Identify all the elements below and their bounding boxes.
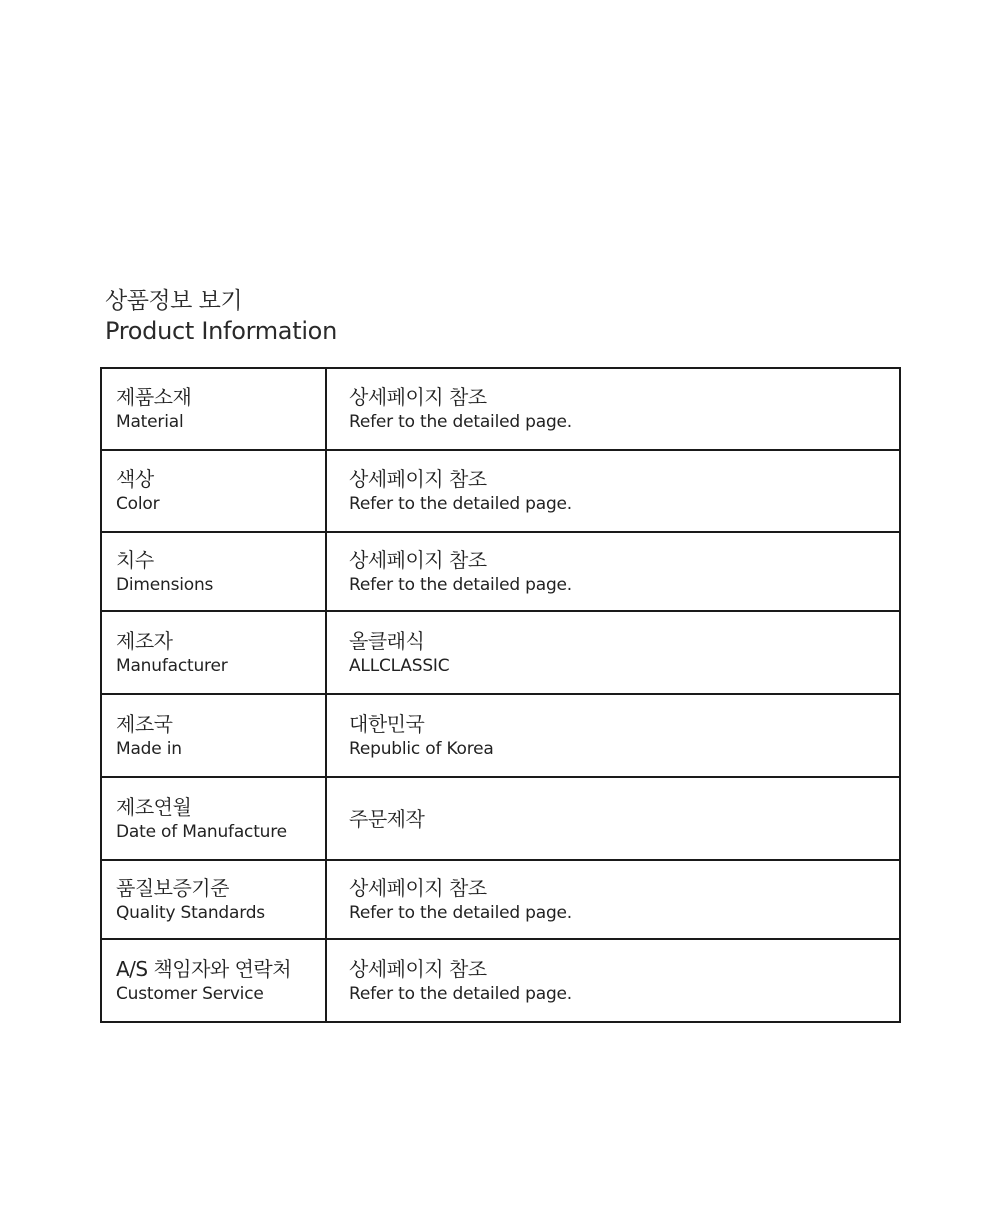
label-english: Manufacturer [116,654,325,678]
product-info-table-body: 제품소재Material상세페이지 참조Refer to the detaile… [101,368,900,1022]
table-row: 제조국Made in대한민국Republic of Korea [101,694,900,777]
label-cell: 제조자Manufacturer [101,611,326,694]
label-korean: 제조자 [116,628,325,654]
table-row: 제품소재Material상세페이지 참조Refer to the detaile… [101,368,900,450]
label-english: Quality Standards [116,901,325,925]
label-cell: 색상Color [101,450,326,532]
value-korean: 상세페이지 참조 [349,466,899,492]
label-english: Made in [116,737,325,761]
label-english: Material [116,410,325,434]
value-english: Refer to the detailed page. [349,492,899,516]
label-korean: 제품소재 [116,384,325,410]
label-cell: 제조연월Date of Manufacture [101,777,326,860]
value-cell: 상세페이지 참조Refer to the detailed page. [326,532,900,611]
table-row: 품질보증기준Quality Standards상세페이지 참조Refer to … [101,860,900,939]
value-cell: 상세페이지 참조Refer to the detailed page. [326,939,900,1022]
label-korean: 품질보증기준 [116,875,325,901]
value-cell: 상세페이지 참조Refer to the detailed page. [326,450,900,532]
value-english: Refer to the detailed page. [349,982,899,1006]
value-cell: 대한민국Republic of Korea [326,694,900,777]
value-korean: 주문제작 [349,806,899,832]
page-title: 상품정보 보기 Product Information [105,286,337,346]
table-row: 제조자Manufacturer올클래식ALLCLASSIC [101,611,900,694]
label-korean: 색상 [116,466,325,492]
value-korean: 상세페이지 참조 [349,956,899,982]
value-korean: 대한민국 [349,711,899,737]
value-english: Refer to the detailed page. [349,410,899,434]
value-cell: 상세페이지 참조Refer to the detailed page. [326,860,900,939]
value-english: Refer to the detailed page. [349,573,899,597]
label-cell: 제품소재Material [101,368,326,450]
page-title-english: Product Information [105,316,337,346]
value-english: Republic of Korea [349,737,899,761]
value-korean: 상세페이지 참조 [349,384,899,410]
label-english: Date of Manufacture [116,820,325,844]
table-row: 치수Dimensions상세페이지 참조Refer to the detaile… [101,532,900,611]
label-korean: A/S 책임자와 연락처 [116,956,325,982]
value-cell: 올클래식ALLCLASSIC [326,611,900,694]
label-korean: 제조연월 [116,794,325,820]
label-english: Dimensions [116,573,325,597]
label-english: Customer Service [116,982,325,1006]
page-title-korean: 상품정보 보기 [105,286,337,316]
value-english: ALLCLASSIC [349,654,899,678]
label-cell: A/S 책임자와 연락처Customer Service [101,939,326,1022]
table-row: 제조연월Date of Manufacture주문제작 [101,777,900,860]
value-cell: 상세페이지 참조Refer to the detailed page. [326,368,900,450]
value-english: Refer to the detailed page. [349,901,899,925]
label-cell: 제조국Made in [101,694,326,777]
label-cell: 품질보증기준Quality Standards [101,860,326,939]
value-korean: 상세페이지 참조 [349,875,899,901]
value-korean: 올클래식 [349,628,899,654]
value-cell: 주문제작 [326,777,900,860]
label-english: Color [116,492,325,516]
label-cell: 치수Dimensions [101,532,326,611]
label-korean: 제조국 [116,711,325,737]
table-row: 색상Color상세페이지 참조Refer to the detailed pag… [101,450,900,532]
table-row: A/S 책임자와 연락처Customer Service상세페이지 참조Refe… [101,939,900,1022]
label-korean: 치수 [116,547,325,573]
value-korean: 상세페이지 참조 [349,547,899,573]
product-info-table: 제품소재Material상세페이지 참조Refer to the detaile… [100,367,901,1023]
